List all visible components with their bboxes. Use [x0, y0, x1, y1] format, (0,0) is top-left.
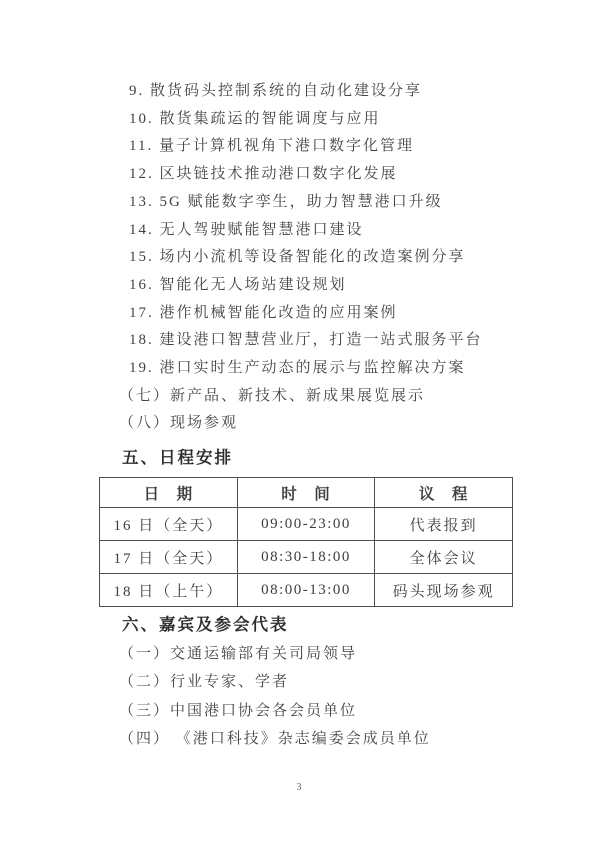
guest-item-three: （三）中国港口协会各会员单位	[0, 697, 600, 725]
agenda-item-17: 17. 港作机械智能化改造的应用案例	[0, 300, 600, 328]
cell-time: 08:00-13:00	[237, 574, 375, 607]
header-time: 时 间	[237, 478, 375, 508]
cell-agenda: 代表报到	[375, 508, 513, 541]
agenda-topic-list: 9. 散货码头控制系统的自动化建设分享 10. 散货集疏运的智能调度与应用 11…	[0, 78, 600, 438]
agenda-item-15: 15. 场内小流机等设备智能化的改造案例分享	[0, 244, 600, 272]
cell-date: 16 日（全天）	[100, 508, 238, 541]
agenda-item-19: 19. 港口实时生产动态的展示与监控解决方案	[0, 355, 600, 383]
cell-time: 08:30-18:00	[237, 541, 375, 574]
cell-agenda: 全体会议	[375, 541, 513, 574]
table-row: 16 日（全天） 09:00-23:00 代表报到	[100, 508, 513, 541]
schedule-header-row: 日 期 时 间 议 程	[100, 478, 513, 508]
schedule-table: 日 期 时 间 议 程 16 日（全天） 09:00-23:00 代表报到 17…	[99, 477, 513, 607]
agenda-item-12: 12. 区块链技术推动港口数字化发展	[0, 161, 600, 189]
agenda-item-18: 18. 建设港口智慧营业厅，打造一站式服务平台	[0, 327, 600, 355]
section-5-title: 五、日程安排	[122, 446, 233, 470]
guest-item-two: （二）行业专家、学者	[0, 668, 600, 696]
table-row: 18 日（上午） 08:00-13:00 码头现场参观	[100, 574, 513, 607]
page-number: 3	[0, 782, 598, 793]
agenda-item-9: 9. 散货码头控制系统的自动化建设分享	[0, 78, 600, 106]
cell-date: 17 日（全天）	[100, 541, 238, 574]
header-agenda: 议 程	[375, 478, 513, 508]
cell-time: 09:00-23:00	[237, 508, 375, 541]
section-6-title: 六、嘉宾及参会代表	[122, 613, 289, 637]
cell-agenda: 码头现场参观	[375, 574, 513, 607]
agenda-item-14: 14. 无人驾驶赋能智慧港口建设	[0, 217, 600, 245]
agenda-item-13: 13. 5G 赋能数字孪生，助力智慧港口升级	[0, 189, 600, 217]
guest-list: （一）交通运输部有关司局领导 （二）行业专家、学者 （三）中国港口协会各会员单位…	[0, 640, 600, 753]
agenda-item-seven: （七）新产品、新技术、新成果展览展示	[0, 383, 600, 411]
table-row: 17 日（全天） 08:30-18:00 全体会议	[100, 541, 513, 574]
guest-item-four: （四） 《港口科技》杂志编委会成员单位	[0, 725, 600, 753]
agenda-item-16: 16. 智能化无人场站建设规划	[0, 272, 600, 300]
header-date: 日 期	[100, 478, 238, 508]
agenda-item-10: 10. 散货集疏运的智能调度与应用	[0, 106, 600, 134]
cell-date: 18 日（上午）	[100, 574, 238, 607]
document-page: 9. 散货码头控制系统的自动化建设分享 10. 散货集疏运的智能调度与应用 11…	[0, 0, 600, 849]
agenda-item-eight: （八）现场参观	[0, 410, 600, 438]
guest-item-one: （一）交通运输部有关司局领导	[0, 640, 600, 668]
agenda-item-11: 11. 量子计算机视角下港口数字化管理	[0, 133, 600, 161]
